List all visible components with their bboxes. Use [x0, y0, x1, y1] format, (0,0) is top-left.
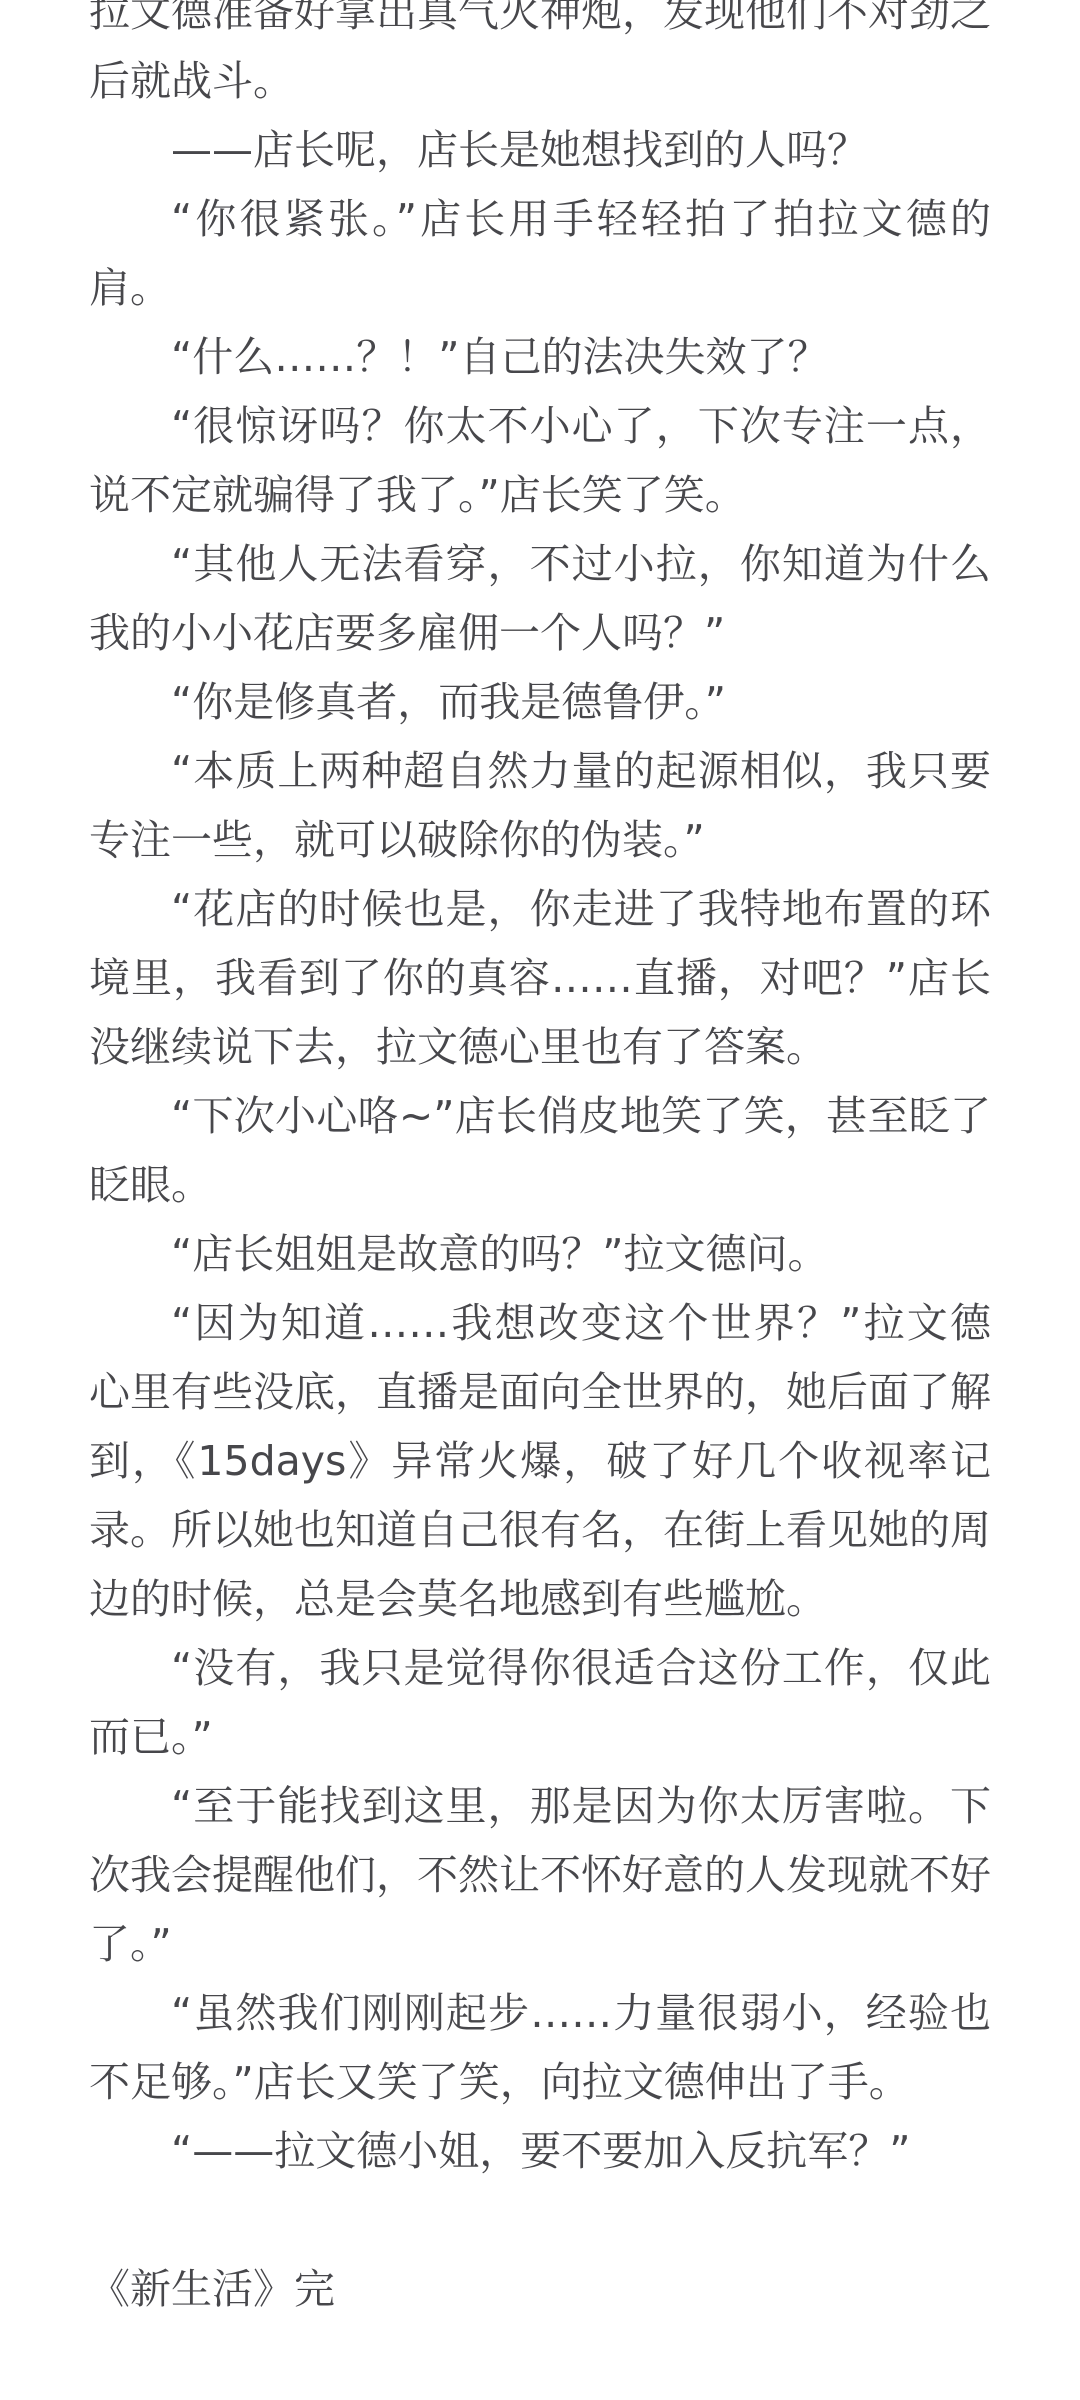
story-paragraph: “店长姐姐是故意的吗？”拉文德问。: [89, 1220, 991, 1289]
story-paragraph: “虽然我们刚刚起步……力量很弱小，经验也不足够。”店长又笑了笑，向拉文德伸出了手…: [89, 1979, 991, 2117]
story-paragraph: “本质上两种超自然力量的起源相似，我只要专注一些，就可以破除你的伪装。”: [89, 737, 991, 875]
story-paragraph: “——拉文德小姐，要不要加入反抗军？”: [89, 2117, 991, 2186]
reader-page[interactable]: 拉文德准备好拿出真气火神炮，发现他们不对劲之后就战斗。——店长呢，店长是她想找到…: [0, 0, 1080, 2400]
story-paragraph: “你是修真者，而我是德鲁伊。”: [89, 668, 991, 737]
story-paragraph: “因为知道……我想改变这个世界？”拉文德心里有些没底，直播是面向全世界的，她后面…: [89, 1289, 991, 1634]
story-paragraph: “花店的时候也是，你走进了我特地布置的环境里，我看到了你的真容……直播，对吧？”…: [89, 875, 991, 1082]
story-paragraph: “很惊讶吗？你太不小心了，下次专注一点，说不定就骗得了我了。”店长笑了笑。: [89, 392, 991, 530]
story-paragraph: “你很紧张。”店长用手轻轻拍了拍拉文德的肩。: [89, 185, 991, 323]
story-end-marker: 《新生活》完: [89, 2255, 991, 2324]
story-paragraph: “什么……？！”自己的法决失效了？: [89, 323, 991, 392]
story-text: 拉文德准备好拿出真气火神炮，发现他们不对劲之后就战斗。——店长呢，店长是她想找到…: [89, 0, 991, 2324]
story-paragraph: ——店长呢，店长是她想找到的人吗？: [89, 116, 991, 185]
story-paragraph: 拉文德准备好拿出真气火神炮，发现他们不对劲之后就战斗。: [89, 0, 991, 116]
story-paragraph: “下次小心咯~”店长俏皮地笑了笑，甚至眨了眨眼。: [89, 1082, 991, 1220]
story-paragraph: “至于能找到这里，那是因为你太厉害啦。下次我会提醒他们，不然让不怀好意的人发现就…: [89, 1772, 991, 1979]
story-paragraph: “其他人无法看穿，不过小拉，你知道为什么我的小小花店要多雇佣一个人吗？”: [89, 530, 991, 668]
story-paragraph: “没有，我只是觉得你很适合这份工作，仅此而已。”: [89, 1634, 991, 1772]
